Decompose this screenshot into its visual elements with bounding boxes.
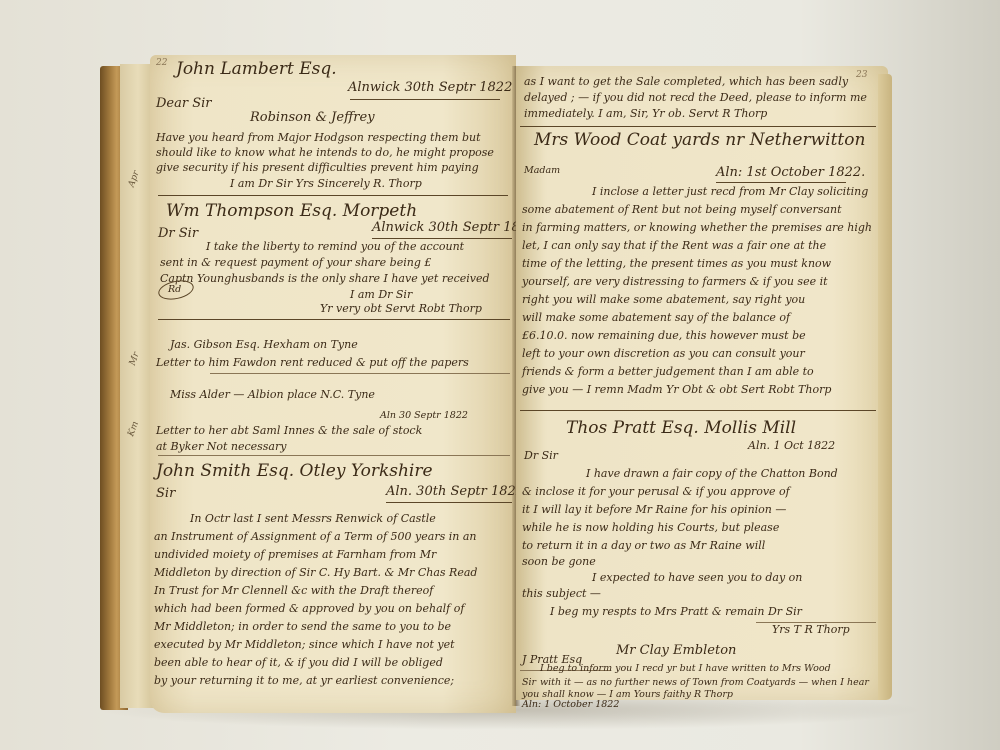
letter-line: Letter to him Fawdon rent reduced & put … [156, 357, 469, 368]
entry-addressee: Jas. Gibson Esq. Hexham on Tyne [170, 339, 358, 350]
signature: give you — I remn Madm Yr Obt & obt Sert… [522, 384, 831, 395]
letter-line: Captn Younghusbands is the only share I … [160, 273, 490, 284]
letter-line: Have you heard from Major Hodgson respec… [156, 132, 481, 143]
entry-subject: Robinson & Jeffrey [250, 111, 375, 124]
letter-line: Letter to her abt Saml Innes & the sale … [156, 425, 422, 436]
letter-line: some abatement of Rent but not being mys… [522, 204, 842, 215]
entry-salutation: Sir [522, 678, 536, 688]
letter-line: I am Dr Sir [350, 289, 412, 300]
letter-line: it I will lay it before Mr Raine for his… [522, 504, 786, 515]
letter-line: friends & form a better judgement than I… [522, 366, 814, 377]
letter-line: this subject — [522, 588, 601, 599]
letter-line: right you will make some abatement, say … [522, 294, 805, 305]
letter-line: at Byker Not necessary [156, 441, 286, 452]
letter-line: executed by Mr Middleton; since which I … [154, 639, 455, 650]
signature: immediately. I am, Sir, Yr ob. Servt R T… [524, 108, 767, 119]
letter-line: I have drawn a fair copy of the Chatton … [586, 468, 838, 479]
letter-line: give security if his present difficultie… [156, 162, 479, 173]
entry-salutation: Sir [156, 487, 175, 500]
letter-line: yourself, are very distressing to farmer… [522, 276, 828, 287]
letter-line: will make some abatement say of the bala… [522, 312, 790, 323]
letter-line: to return it in a day or two as Mr Raine… [522, 540, 765, 551]
letter-line: as I want to get the Sale completed, whi… [524, 76, 848, 87]
letter-line: In Octr last I sent Messrs Renwick of Ca… [190, 513, 436, 524]
letter-line: left to your own discretion as you can c… [522, 348, 805, 359]
entry-addressee: John Smith Esq. Otley Yorkshire [156, 463, 433, 480]
letter-line: which had been formed & approved by you … [154, 603, 464, 614]
letter-line: I beg my respts to Mrs Pratt & remain Dr… [550, 606, 802, 617]
letter-line: delayed ; — if you did not recd the Deed… [524, 92, 867, 103]
entry-salutation: Dr Sir [158, 227, 198, 240]
left-page: 22 John Lambert Esq. Alnwick 30th Septr … [150, 55, 516, 713]
letter-line: in farming matters, or knowing whether t… [522, 222, 872, 233]
letter-line: undivided moiety of premises at Farnham … [154, 549, 436, 560]
signature: Yr very obt Servt Robt Thorp [320, 303, 482, 314]
entry-addressee: Mr Clay Embleton [616, 644, 736, 657]
margin-note: Apr [127, 170, 142, 189]
letter-line: sent in & request payment of your share … [160, 257, 431, 268]
entry-date: Aln: 1 October 1822 [522, 700, 619, 710]
letter-line: I inclose a letter just recd from Mr Cla… [592, 186, 868, 197]
letter-line: been able to hear of it, & if you did I … [154, 657, 443, 668]
entry-salutation: Madam [524, 166, 560, 176]
entry-salutation: Dear Sir [156, 97, 212, 110]
entry-addressee: Miss Alder — Albion place N.C. Tyne [170, 389, 375, 400]
letter-line: In Trust for Mr Clennell &c with the Dra… [154, 585, 433, 596]
entry-place-date: Aln: 1st October 1822. [716, 166, 865, 179]
margin-note: Mr [128, 351, 142, 367]
letter-line: let, I can only say that if the Rent was… [522, 240, 826, 251]
letter-line: while he is now holding his Courts, but … [522, 522, 779, 533]
entry-addressee: Thos Pratt Esq. Mollis Mill [566, 420, 796, 437]
entry-place-date: Alnwick 30th Septr 1822 [348, 81, 512, 94]
margin-note: Km [126, 420, 141, 438]
letter-line: I beg to inform you I recd yr but I have… [540, 664, 831, 674]
letter-line: Middleton by direction of Sir C. Hy Bart… [154, 567, 477, 578]
letter-line: by your returning it to me, at yr earlie… [154, 675, 454, 686]
letter-line: soon be gone [522, 556, 596, 567]
signature: Yrs T R Thorp [772, 624, 850, 635]
margin-note: Rd [168, 285, 181, 295]
entry-addressee: Mrs Wood Coat yards nr Netherwitton [534, 132, 865, 149]
letter-line: with it — as no further news of Town fro… [540, 678, 869, 688]
page-number: 23 [856, 70, 867, 80]
entry-place-date: Aln. 30th Septr 1822 [386, 485, 524, 498]
signature: I am Dr Sir Yrs Sincerely R. Thorp [230, 178, 422, 189]
letter-line: should like to know what he intends to d… [156, 147, 494, 158]
letter-line: time of the letting, the present times a… [522, 258, 831, 269]
entry-addressee: John Lambert Esq. [176, 61, 337, 78]
letter-line: & inclose it for your perusal & if you a… [522, 486, 790, 497]
entry-salutation: Dr Sir [524, 450, 558, 461]
letter-line: I expected to have seen you to day on [592, 572, 802, 583]
letter-line: an Instrument of Assignment of a Term of… [154, 531, 476, 542]
entry-place-date: Aln 30 Septr 1822 [380, 411, 468, 421]
letter-line: I take the liberty to remind you of the … [206, 241, 464, 252]
entry-place-date: Aln. 1 Oct 1822 [748, 440, 835, 451]
right-page: 23 as I want to get the Sale completed, … [516, 66, 888, 700]
letter-line: Mr Middleton; in order to send the same … [154, 621, 451, 632]
page-edge [878, 74, 892, 700]
page-number: 22 [156, 58, 167, 68]
entry-addressee: Wm Thompson Esq. Morpeth [166, 203, 417, 220]
letter-line: £6.10.0. now remaining due, this however… [522, 330, 806, 341]
